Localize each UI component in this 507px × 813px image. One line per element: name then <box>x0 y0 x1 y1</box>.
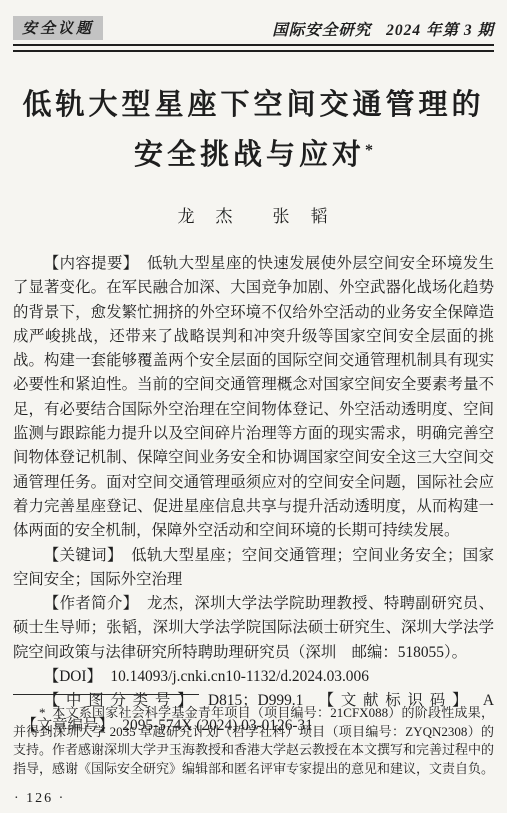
page-number: · 126 · <box>14 791 65 807</box>
journal-page: 安全议题 国际安全研究 2024 年第 3 期 低轨大型星座下空间交通管理的 安… <box>0 0 507 738</box>
abstract-text: 低轨大型星座的快速发展使外层空间安全环境发生了显著变化。在军民融合加深、大国竞争… <box>13 255 494 539</box>
topic-tag: 安全议题 <box>13 16 103 40</box>
doi-paragraph: 【DOI】10.14093/j.cnki.cn10-1132/d.2024.03… <box>13 665 494 689</box>
header-double-rule <box>13 44 494 52</box>
author-bio-paragraph: 【作者简介】龙杰，深圳大学法学院助理教授、特聘副研究员、硕士生导师；张韬，深圳大… <box>13 592 494 665</box>
authors: 龙 杰 张 韬 <box>13 202 494 227</box>
footnote-section: *本文系国家社会科学基金青年项目（项目编号：21CFX088）的阶段性成果，并得… <box>13 694 494 778</box>
keywords-label: 【关键词】 <box>44 547 123 564</box>
issue-label: 2024 年第 3 期 <box>386 22 494 39</box>
footnote-text: 本文系国家社会科学基金青年项目（项目编号：21CFX088）的阶段性成果，并得到… <box>13 705 494 776</box>
keywords-paragraph: 【关键词】低轨大型星座；空间交通管理；空间业务安全；国家空间安全；国际外空治理 <box>13 544 494 593</box>
author-bio-label: 【作者简介】 <box>44 595 139 612</box>
article-title-line1: 低轨大型星座下空间交通管理的 <box>13 82 494 128</box>
article-title-line2: 安全挑战与应对* <box>13 128 494 178</box>
title-footnote-asterisk: * <box>365 142 373 159</box>
footnote-paragraph: *本文系国家社会科学基金青年项目（项目编号：21CFX088）的阶段性成果，并得… <box>13 704 494 778</box>
abstract-paragraph: 【内容提要】低轨大型星座的快速发展使外层空间安全环境发生了显著变化。在军民融合加… <box>13 252 494 544</box>
article-title: 低轨大型星座下空间交通管理的 安全挑战与应对* <box>13 82 494 178</box>
journal-issue-line: 国际安全研究 2024 年第 3 期 <box>272 18 494 40</box>
article-meta-block: 【内容提要】低轨大型星座的快速发展使外层空间安全环境发生了显著变化。在军民融合加… <box>13 252 494 738</box>
abstract-label: 【内容提要】 <box>44 255 139 272</box>
doi-label: 【DOI】 <box>44 668 102 685</box>
footnote-marker: * <box>39 705 46 720</box>
journal-title: 国际安全研究 <box>272 22 371 39</box>
footnote-separator-rule <box>13 694 199 695</box>
page-header: 安全议题 国际安全研究 2024 年第 3 期 <box>13 16 494 40</box>
doi-value: 10.14093/j.cnki.cn10-1132/d.2024.03.006 <box>110 668 368 685</box>
